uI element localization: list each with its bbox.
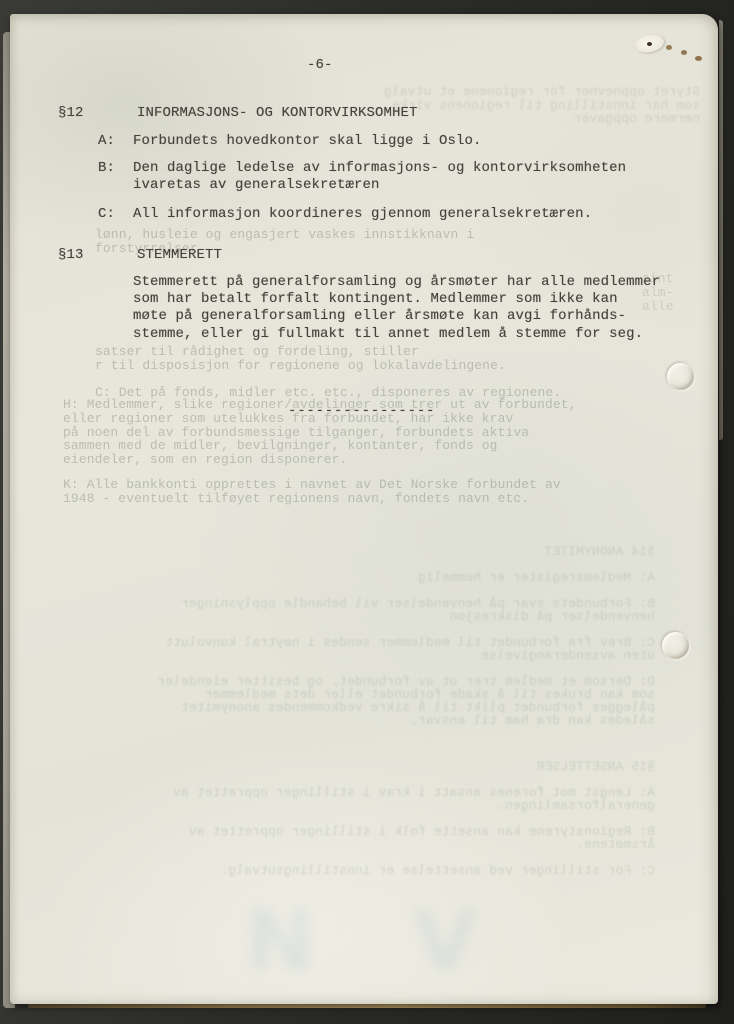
section-12-heading: INFORMASJONS- OG KONTORVIRKSOMHET — [137, 105, 418, 122]
scanned-page: Styret oppnevner for regionene et utvalg… — [10, 14, 718, 1004]
section-13-heading-row: §13 STEMMERETT — [58, 247, 678, 264]
section-13-heading: STEMMERETT — [137, 247, 222, 264]
clause-b-text: Den daglige ledelse av informasjons- og … — [133, 160, 626, 194]
hole-punch-lower — [662, 632, 689, 659]
staple-hole-dot — [647, 42, 652, 46]
clause-c-label: C: — [98, 206, 133, 223]
section-13-label: §13 — [58, 247, 137, 264]
page-number: -6- — [307, 57, 333, 74]
rust-dot — [666, 45, 672, 50]
rust-dot — [695, 56, 702, 61]
clause-row-b: B: Den daglige ledelse av informasjons- … — [98, 160, 688, 194]
clause-a-text: Forbundets hovedkontor skal ligge i Oslo… — [133, 133, 482, 150]
section-12-heading-row: §12 INFORMASJONS- OG KONTORVIRKSOMHET — [58, 105, 678, 122]
hole-punch-upper — [667, 363, 694, 390]
bleedthrough-text: satser til rådighet og fordeling, stille… — [95, 345, 695, 399]
clause-c-text: All informasjon koordineres gjennom gene… — [133, 206, 592, 223]
scanner-background: Styret oppnevner for regionene et utvalg… — [0, 0, 734, 1024]
section-13-body: Stemmerett på generalforsamling og årsmø… — [133, 274, 693, 343]
clause-b-label: B: — [98, 160, 133, 194]
bleedthrough-text: §15 ANSETTELSER A: Lengst mot forenes an… — [85, 760, 655, 877]
page-stack-right-edge — [719, 20, 723, 440]
clause-row-c: C: All informasjon koordineres gjennom g… — [98, 206, 688, 223]
bleedthrough-text: K: Alle bankkonti opprettes i navnet av … — [63, 478, 683, 506]
clause-row-a: A: Forbundets hovedkontor skal ligge i O… — [98, 133, 688, 150]
ink-blob: N V — [245, 892, 512, 990]
separator-dashes: ---------------- — [288, 403, 435, 420]
clause-a-label: A: — [98, 133, 133, 150]
section-12-label: §12 — [58, 105, 137, 122]
bleedthrough-text: §14 ANONYMITET A: Medlemsregister er hem… — [85, 545, 655, 727]
rust-dot — [681, 50, 687, 55]
